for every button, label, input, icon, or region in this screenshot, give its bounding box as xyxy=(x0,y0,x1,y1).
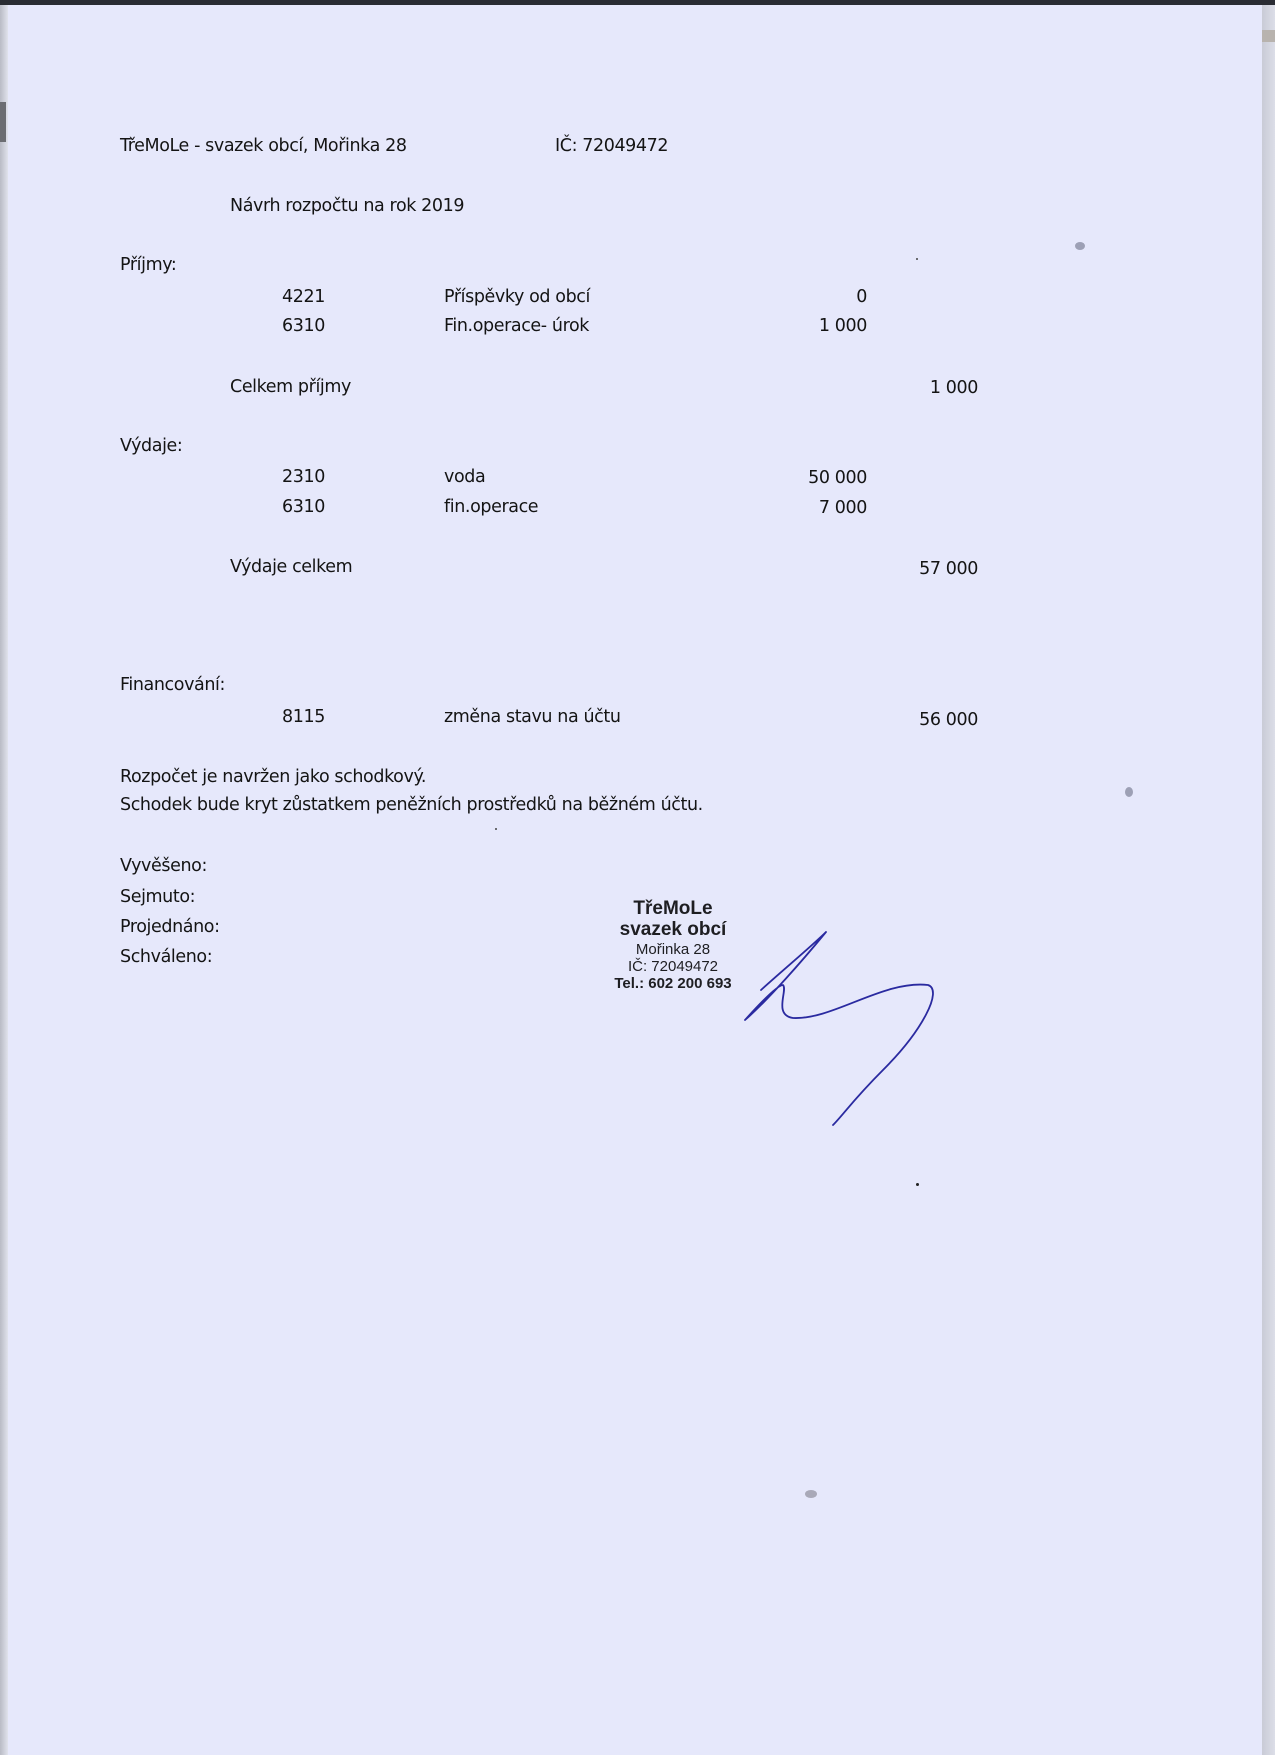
budget-description: změna stavu na účtu xyxy=(444,707,621,727)
stamp-name: TřeMoLe xyxy=(573,898,773,919)
budget-amount: 1 000 xyxy=(708,316,867,336)
budget-code: 6310 xyxy=(282,316,325,336)
budget-amount: 0 xyxy=(708,287,867,307)
scan-right-edge xyxy=(1262,5,1275,1755)
budget-amount: 56 000 xyxy=(808,710,978,730)
budget-code: 6310 xyxy=(282,497,325,517)
scan-speck xyxy=(916,258,918,260)
budget-description: Fin.operace- úrok xyxy=(444,316,589,336)
organization-header: TřeMoLe - svazek obcí, Mořinka 28 xyxy=(120,136,407,156)
budget-code: 4221 xyxy=(282,287,325,307)
scan-speck xyxy=(1125,787,1133,797)
income-section-label: Příjmy: xyxy=(120,255,176,275)
field-posted: Vyvěšeno: xyxy=(120,856,207,876)
budget-description: Příspěvky od obcí xyxy=(444,287,590,307)
organization-ic: IČ: 72049472 xyxy=(555,136,668,156)
expenses-section-label: Výdaje: xyxy=(120,436,182,456)
budget-code: 8115 xyxy=(282,707,325,727)
field-removed: Sejmuto: xyxy=(120,887,195,907)
budget-description: voda xyxy=(444,467,485,487)
expenses-total-amount: 57 000 xyxy=(808,559,978,579)
note-deficit: Rozpočet je navržen jako schodkový. xyxy=(120,767,426,787)
field-approved: Schváleno: xyxy=(120,947,212,967)
expenses-total-label: Výdaje celkem xyxy=(230,557,352,577)
income-total-amount: 1 000 xyxy=(808,378,978,398)
financing-section-label: Financování: xyxy=(120,675,225,695)
budget-amount: 7 000 xyxy=(708,498,867,518)
document-page: TřeMoLe - svazek obcí, Mořinka 28 IČ: 72… xyxy=(8,5,1262,1755)
scan-speck xyxy=(805,1490,817,1498)
document-title: Návrh rozpočtu na rok 2019 xyxy=(230,196,464,216)
note-deficit-coverage: Schodek bude kryt zůstatkem peněžních pr… xyxy=(120,795,703,815)
income-total-label: Celkem příjmy xyxy=(230,377,351,397)
scan-speck xyxy=(495,828,497,830)
scan-left-edge xyxy=(0,5,8,1755)
budget-code: 2310 xyxy=(282,467,325,487)
signature-icon xyxy=(743,930,963,1130)
budget-amount: 50 000 xyxy=(708,468,867,488)
scan-speck xyxy=(1075,242,1085,250)
field-discussed: Projednáno: xyxy=(120,917,220,937)
budget-description: fin.operace xyxy=(444,497,538,517)
scan-speck xyxy=(916,1183,919,1186)
